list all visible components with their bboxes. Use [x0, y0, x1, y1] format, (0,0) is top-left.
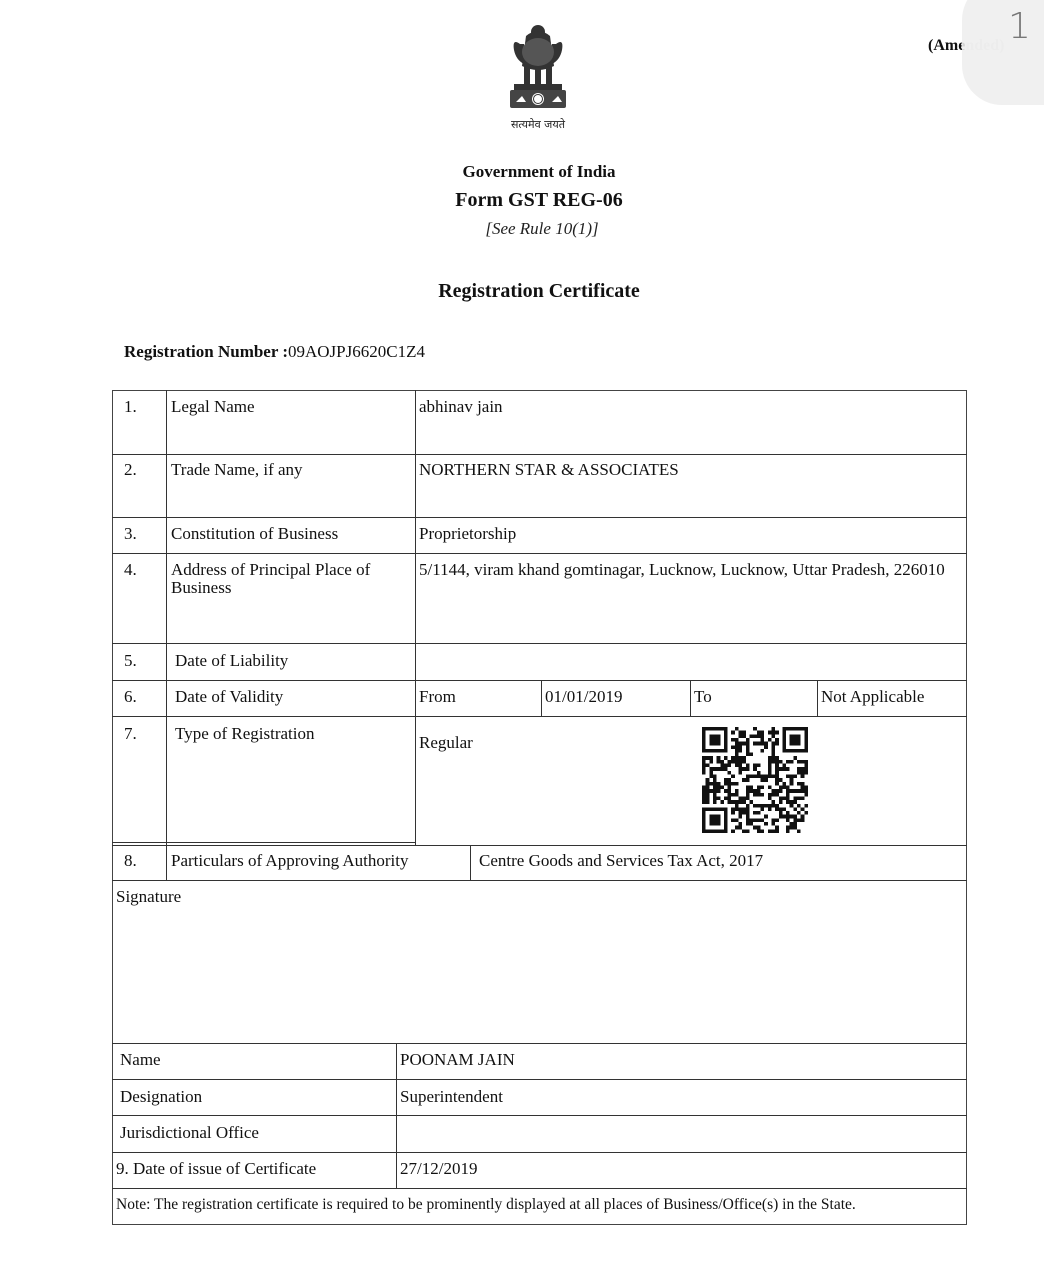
motto-text: सत्यमेव जयते: [478, 117, 598, 132]
row-number: 8.: [124, 852, 137, 870]
registration-number-label: Registration Number :: [124, 342, 288, 361]
divider: [112, 1079, 967, 1080]
row-number: 7.: [124, 725, 137, 743]
constitution-value: Proprietorship: [419, 525, 516, 543]
validity-to-label: To: [694, 688, 712, 706]
registration-type-value: Regular: [419, 734, 473, 752]
divider: [112, 680, 967, 681]
divider: [112, 1043, 967, 1044]
divider: [112, 716, 967, 717]
divider: [690, 680, 691, 716]
row-number: 5.: [124, 652, 137, 670]
registration-type-label: Type of Registration: [175, 725, 315, 743]
page-number-badge: [962, 0, 1044, 105]
date-of-liability-label: Date of Liability: [175, 652, 288, 670]
designation-value: Superintendent: [400, 1088, 503, 1106]
trade-name-label: Trade Name, if any: [171, 461, 303, 479]
signature-label: Signature: [116, 888, 181, 906]
issue-date-value: 27/12/2019: [400, 1160, 477, 1178]
officer-name-value: POONAM JAIN: [400, 1051, 515, 1069]
display-note: Note: The registration certificate is re…: [116, 1196, 856, 1214]
divider: [112, 643, 967, 644]
divider: [112, 454, 967, 455]
validity-to-value: Not Applicable: [821, 688, 924, 706]
divider: [112, 1188, 967, 1189]
legal-name-value: abhinav jain: [419, 398, 503, 416]
qr-code-icon: [702, 727, 808, 833]
row-number: 4.: [124, 561, 137, 579]
form-title: Form GST REG-06: [0, 189, 1044, 212]
officer-name-label: Name: [120, 1051, 161, 1069]
approving-authority-value: Centre Goods and Services Tax Act, 2017: [479, 852, 763, 870]
row-number: 2.: [124, 461, 137, 479]
issue-date-label: 9. Date of issue of Certificate: [116, 1160, 316, 1178]
jurisdictional-office-label: Jurisdictional Office: [120, 1124, 259, 1142]
amended-visible-text: (Ame: [928, 37, 965, 54]
row-number: 1.: [124, 398, 137, 416]
divider: [112, 842, 416, 843]
divider: [112, 845, 967, 846]
validity-from-value: 01/01/2019: [545, 688, 622, 706]
divider: [166, 390, 167, 845]
divider: [112, 1152, 967, 1153]
constitution-label: Constitution of Business: [171, 525, 338, 543]
divider: [470, 845, 471, 880]
validity-from-label: From: [419, 688, 456, 706]
certificate-title: Registration Certificate: [0, 280, 1044, 303]
legal-name-label: Legal Name: [171, 398, 255, 416]
divider: [112, 517, 967, 518]
national-emblem-icon: [500, 22, 576, 114]
registration-number-value: 09AOJPJ6620C1Z4: [288, 342, 425, 361]
row-number: 6.: [124, 688, 137, 706]
rule-reference: [See Rule 10(1)]: [0, 219, 1044, 239]
registration-number: Registration Number :09AOJPJ6620C1Z4: [124, 342, 425, 362]
address-label: Address of Principal Place of Business: [171, 561, 401, 597]
divider: [166, 845, 167, 880]
designation-label: Designation: [120, 1088, 202, 1106]
divider: [415, 390, 416, 845]
government-heading: Government of India: [0, 162, 1044, 182]
divider: [112, 1115, 967, 1116]
divider: [396, 1043, 397, 1188]
date-of-validity-label: Date of Validity: [175, 688, 283, 706]
page-number: 1: [1008, 6, 1031, 47]
certificate-table: [112, 390, 967, 1225]
trade-name-value: NORTHERN STAR & ASSOCIATES: [419, 461, 679, 479]
divider: [817, 680, 818, 716]
divider: [541, 680, 542, 716]
approving-authority-label: Particulars of Approving Authority: [171, 852, 409, 870]
divider: [112, 553, 967, 554]
address-value: 5/1144, viram khand gomtinagar, Lucknow,…: [419, 561, 959, 579]
row-number: 3.: [124, 525, 137, 543]
divider: [112, 880, 967, 881]
